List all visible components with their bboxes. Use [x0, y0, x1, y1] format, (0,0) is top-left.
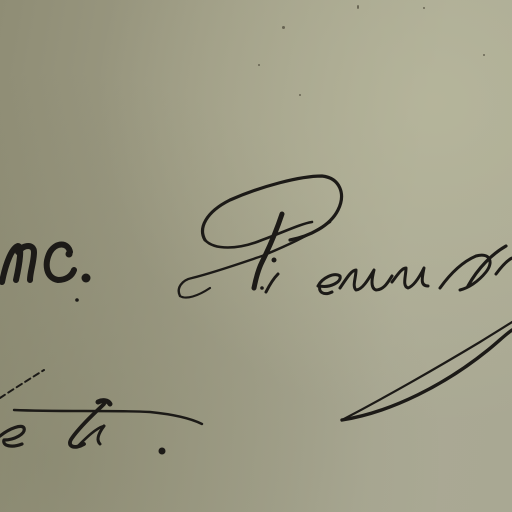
paper-speck — [282, 26, 285, 29]
word-nc — [2, 245, 91, 302]
paper-speck — [258, 64, 260, 66]
paper-speck — [483, 54, 485, 56]
manuscript-page: nc. Pieup eti. — [0, 0, 512, 512]
swash-stroke — [342, 322, 512, 420]
paper-speck — [357, 5, 359, 9]
paper-speck — [423, 7, 425, 9]
word-eti — [0, 370, 202, 455]
paper-speck — [299, 94, 301, 96]
handwriting-ink — [0, 0, 512, 512]
word-pieup — [179, 176, 512, 298]
